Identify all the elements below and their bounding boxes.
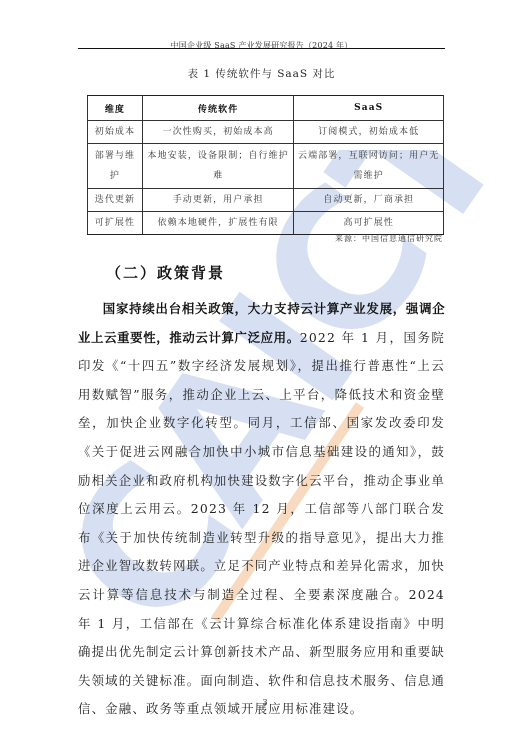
column-header-dimension: 维度 [88,96,143,121]
column-header-traditional: 传统软件 [142,96,294,121]
cell-saas: 高可扩展性 [294,212,444,235]
cell-traditional: 手动更新，用户承担 [142,189,294,212]
comparison-table: 维度 传统软件 SaaS 初始成本 一次性购买，初始成本高 订阅模式，初始成本低… [87,95,444,235]
cell-traditional: 依赖本地硬件，扩展性有限 [142,212,294,235]
cell-dimension: 迭代更新 [88,189,143,212]
cell-saas: 订阅模式，初始成本低 [294,121,444,144]
table-row: 可扩展性 依赖本地硬件，扩展性有限 高可扩展性 [88,212,444,235]
table-header-row: 维度 传统软件 SaaS [88,96,444,121]
header-rule [78,48,445,49]
cell-dimension: 部署与维护 [88,144,143,189]
cell-traditional: 本地安装，设备限制；自行维护难 [142,144,294,189]
paragraph-body: 2022 年 1 月，国务院印发《“十四五”数字经济发展规划》，提出推行普惠性“… [78,330,445,717]
cell-saas: 云端部署，互联网访问；用户无需维护 [294,144,444,189]
table-row: 迭代更新 手动更新，用户承担 自动更新，厂商承担 [88,189,444,212]
cell-traditional: 一次性购买，初始成本高 [142,121,294,144]
cell-saas: 自动更新，厂商承担 [294,189,444,212]
cell-dimension: 初始成本 [88,121,143,144]
cell-dimension: 可扩展性 [88,212,143,235]
running-header: 中国企业级 SaaS 产业发展研究报告（2024 年） [78,40,445,51]
table-row: 部署与维护 本地安装，设备限制；自行维护难 云端部署，互联网访问；用户无需维护 [88,144,444,189]
table-caption: 表 1 传统软件与 SaaS 对比 [78,66,445,81]
page-number: 3 [0,698,530,707]
section-heading: （二）政策背景 [106,262,225,283]
table-source-note: 来源：中国信息通信研究院 [87,233,443,244]
column-header-saas: SaaS [294,96,444,121]
table-row: 初始成本 一次性购买，初始成本高 订阅模式，初始成本低 [88,121,444,144]
body-paragraph: 国家持续出台相关政策，大力支持云计算产业发展，强调企业上云重要性，推动云计算广泛… [78,295,445,724]
